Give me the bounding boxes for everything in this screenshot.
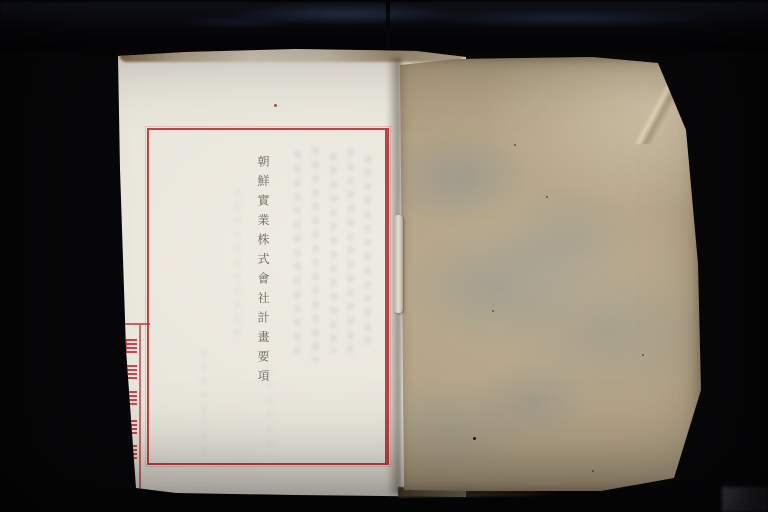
photo-stage: 朝鮮實業株式會社計畫要項 xyxy=(0,0,768,512)
showthrough-column xyxy=(266,369,273,459)
showthrough-column xyxy=(330,153,337,353)
kraft-speck xyxy=(492,310,494,312)
kraft-speck xyxy=(473,437,476,440)
showthrough-column xyxy=(312,147,319,362)
kraft-speck xyxy=(514,144,516,146)
paper-tie-tab xyxy=(394,215,403,313)
kraft-speck xyxy=(592,470,594,472)
showthrough-column xyxy=(200,349,207,459)
page-top-stain xyxy=(119,49,463,62)
kraft-speck xyxy=(546,196,548,198)
red-edge-stamp xyxy=(126,420,137,434)
backdrop-reflection xyxy=(722,487,768,512)
foxing-dot xyxy=(274,104,277,107)
kraft-cover xyxy=(396,54,704,500)
red-edge-line xyxy=(139,325,141,507)
showthrough-column xyxy=(234,189,241,339)
red-edge-stamp xyxy=(126,445,137,459)
red-edge-stamp xyxy=(126,339,137,353)
kraft-fold-crease xyxy=(634,56,696,144)
red-edge-line xyxy=(124,323,150,325)
showthrough-column xyxy=(364,155,371,345)
red-edge-stamp xyxy=(126,391,137,405)
kraft-speck xyxy=(642,354,644,356)
backdrop-seam xyxy=(386,0,390,54)
showthrough-column xyxy=(347,149,354,359)
backdrop-sheen xyxy=(0,2,768,50)
showthrough-column xyxy=(294,151,301,356)
red-edge-stamp xyxy=(126,365,137,379)
